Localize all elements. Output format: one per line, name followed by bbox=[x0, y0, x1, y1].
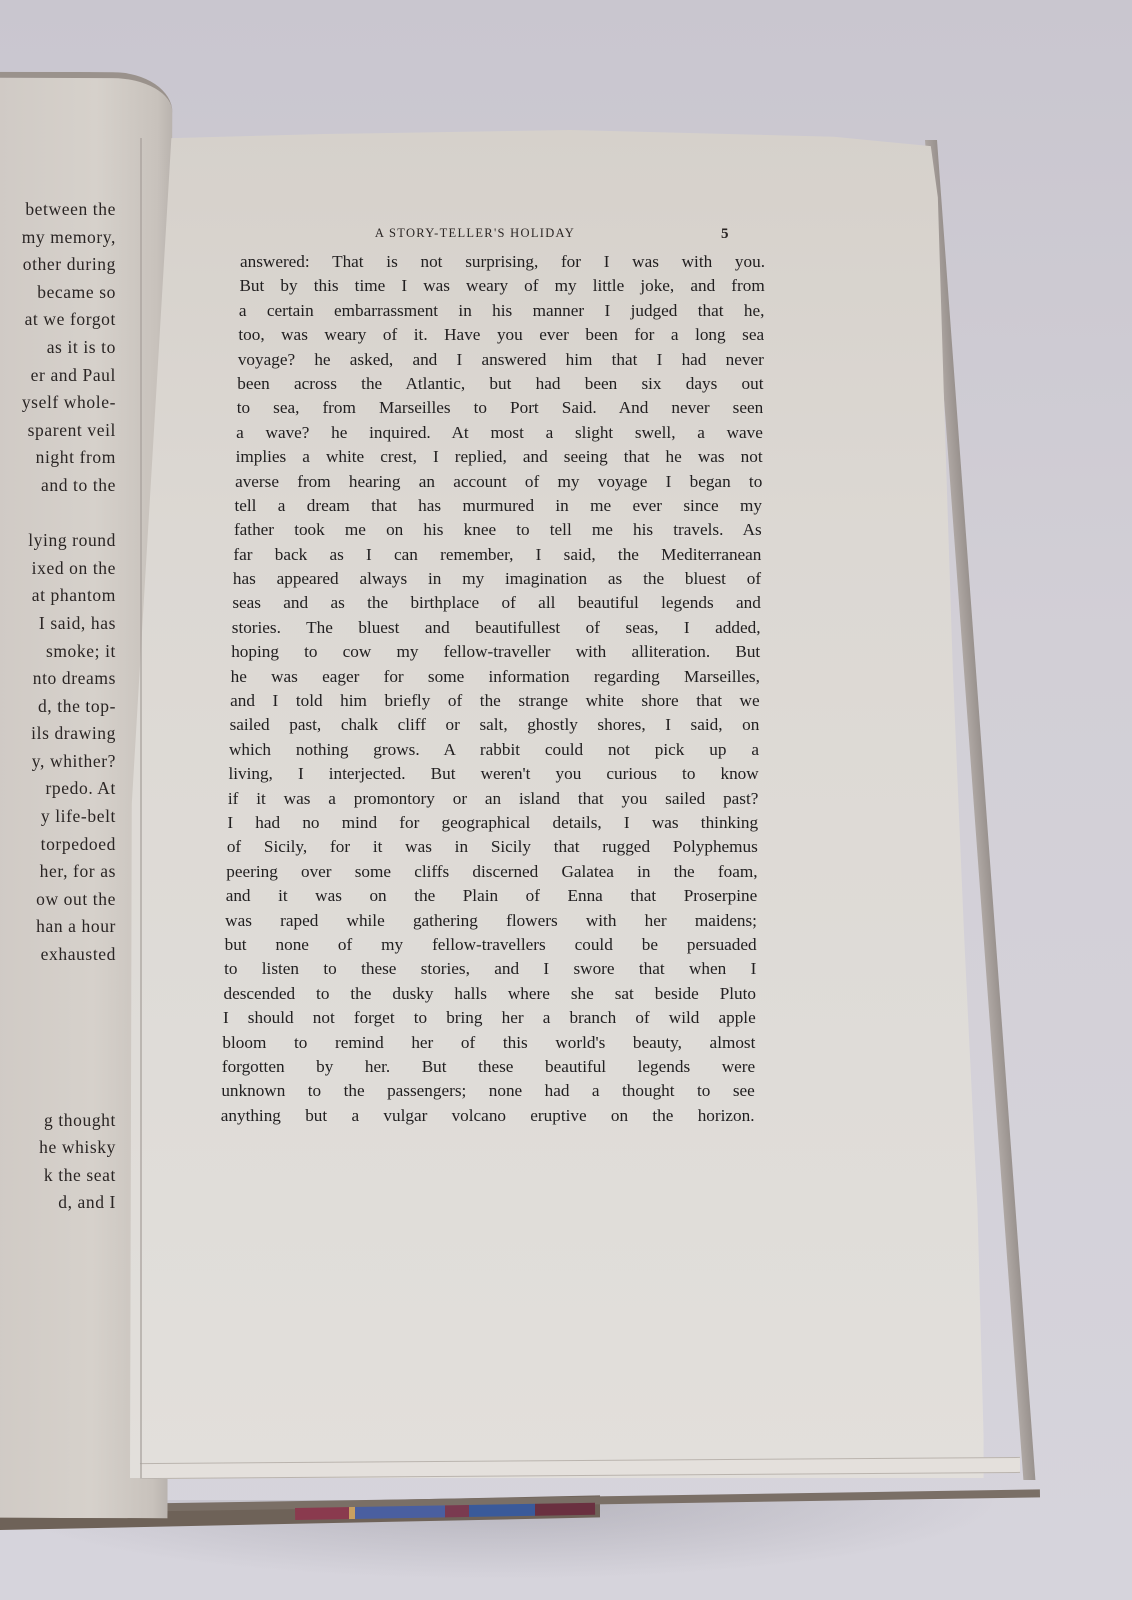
left-text-line: night from bbox=[0, 444, 116, 472]
text-line: if it was a promontory or an island that… bbox=[228, 787, 759, 811]
text-line: was raped while gathering flowers with h… bbox=[225, 909, 757, 933]
left-text-line: er and Paul bbox=[0, 362, 116, 390]
gutter-fold bbox=[140, 138, 142, 1478]
left-text-line: as it is to bbox=[0, 334, 116, 362]
text-line: has appeared always in my imagination as… bbox=[233, 567, 761, 591]
left-text-line: between the bbox=[0, 196, 116, 224]
text-line: to listen to these stories, and I swore … bbox=[224, 957, 756, 981]
left-text-line: torpedoed bbox=[0, 831, 116, 859]
left-text-line: ils drawing bbox=[0, 720, 116, 748]
text-line: stories. The bluest and beautifullest of… bbox=[232, 616, 761, 640]
left-text-line: d, the top- bbox=[0, 693, 116, 721]
text-line: which nothing grows. A rabbit could not … bbox=[229, 738, 759, 762]
book-photo-scene: between themy memory,other duringbecame … bbox=[0, 0, 1132, 1600]
text-line: too, was weary of it. Have you ever been… bbox=[238, 323, 764, 347]
left-text-line: my memory, bbox=[0, 224, 116, 252]
left-text-line bbox=[0, 1024, 116, 1052]
text-line: a wave? he inquired. At most a slight sw… bbox=[236, 421, 763, 445]
text-line: but none of my fellow-travellers could b… bbox=[225, 933, 757, 957]
page-number: 5 bbox=[721, 226, 729, 243]
text-line: hoping to cow my fellow-traveller with a… bbox=[231, 640, 760, 664]
text-line: I had no mind for geographical details, … bbox=[227, 811, 758, 835]
text-line: answered: That is not surprising, for I … bbox=[240, 250, 765, 274]
text-line: he was eager for some information regard… bbox=[231, 665, 760, 689]
text-line: forgotten by her. But these beautiful le… bbox=[222, 1055, 755, 1079]
left-text-line: han a hour bbox=[0, 913, 116, 941]
text-line: far back as I can remember, I said, the … bbox=[233, 543, 761, 567]
left-text-line: k the seat bbox=[0, 1162, 116, 1190]
text-line: voyage? he asked, and I answered him tha… bbox=[238, 348, 764, 372]
text-line: bloom to remind her of this world's beau… bbox=[222, 1031, 755, 1055]
left-text-line: smoke; it bbox=[0, 638, 116, 666]
left-text-line: g thought bbox=[0, 1107, 116, 1135]
left-text-line: d, and I bbox=[0, 1189, 116, 1217]
text-line: descended to the dusky halls where she s… bbox=[224, 982, 757, 1006]
text-line: But by this time I was weary of my littl… bbox=[239, 274, 764, 298]
left-text-line: and to the bbox=[0, 472, 116, 500]
text-line: to sea, from Marseilles to Port Said. An… bbox=[237, 396, 764, 420]
text-line: tell a dream that has murmured in me eve… bbox=[235, 494, 763, 518]
left-text-line: yself whole- bbox=[0, 389, 116, 417]
left-text-line bbox=[0, 1079, 116, 1107]
running-head: A STORY-TELLER'S HOLIDAY bbox=[355, 226, 595, 241]
text-line: anything but a vulgar volcano eruptive o… bbox=[221, 1104, 755, 1128]
text-line: sailed past, chalk cliff or salt, ghostl… bbox=[230, 713, 760, 737]
text-line: father took me on his knee to tell me hi… bbox=[234, 518, 762, 542]
text-line: I should not forget to bring her a branc… bbox=[223, 1006, 756, 1030]
left-text-line: at phantom bbox=[0, 582, 116, 610]
text-line: averse from hearing an account of my voy… bbox=[235, 470, 762, 494]
left-text-line: at we forgot bbox=[0, 306, 116, 334]
left-text-line: sparent veil bbox=[0, 417, 116, 445]
left-text-line: y, whither? bbox=[0, 748, 116, 776]
left-text-line: nto dreams bbox=[0, 665, 116, 693]
left-text-line bbox=[0, 969, 116, 997]
left-text-line: I said, has bbox=[0, 610, 116, 638]
left-text-line: rpedo. At bbox=[0, 775, 116, 803]
left-text-line: became so bbox=[0, 279, 116, 307]
left-text-line: lying round bbox=[0, 527, 116, 555]
left-text-line: other during bbox=[0, 251, 116, 279]
left-text-line: ow out the bbox=[0, 886, 116, 914]
left-text-line: her, for as bbox=[0, 858, 116, 886]
text-line: a certain embarrassment in his manner I … bbox=[239, 299, 765, 323]
left-page-text: between themy memory,other duringbecame … bbox=[0, 196, 116, 1217]
text-line: peering over some cliffs discerned Galat… bbox=[226, 860, 757, 884]
left-text-line: exhausted bbox=[0, 941, 116, 969]
left-text-line bbox=[0, 1051, 116, 1079]
text-line: and it was on the Plain of Enna that Pro… bbox=[226, 884, 758, 908]
left-text-line: y life-belt bbox=[0, 803, 116, 831]
left-text-line bbox=[0, 500, 116, 528]
right-page-body-text: answered: That is not surprising, for I … bbox=[240, 250, 765, 1128]
text-line: seas and as the birthplace of all beauti… bbox=[232, 591, 761, 615]
text-line: of Sicily, for it was in Sicily that rug… bbox=[227, 835, 758, 859]
text-line: and I told him briefly of the strange wh… bbox=[230, 689, 760, 713]
text-line: unknown to the passengers; none had a th… bbox=[221, 1079, 755, 1103]
text-line: been across the Atlantic, but had been s… bbox=[237, 372, 763, 396]
text-line: implies a white crest, I replied, and se… bbox=[236, 445, 763, 469]
left-text-line: ixed on the bbox=[0, 555, 116, 583]
left-text-line bbox=[0, 996, 116, 1024]
text-line: living, I interjected. But weren't you c… bbox=[228, 762, 758, 786]
left-text-line: he whisky bbox=[0, 1134, 116, 1162]
